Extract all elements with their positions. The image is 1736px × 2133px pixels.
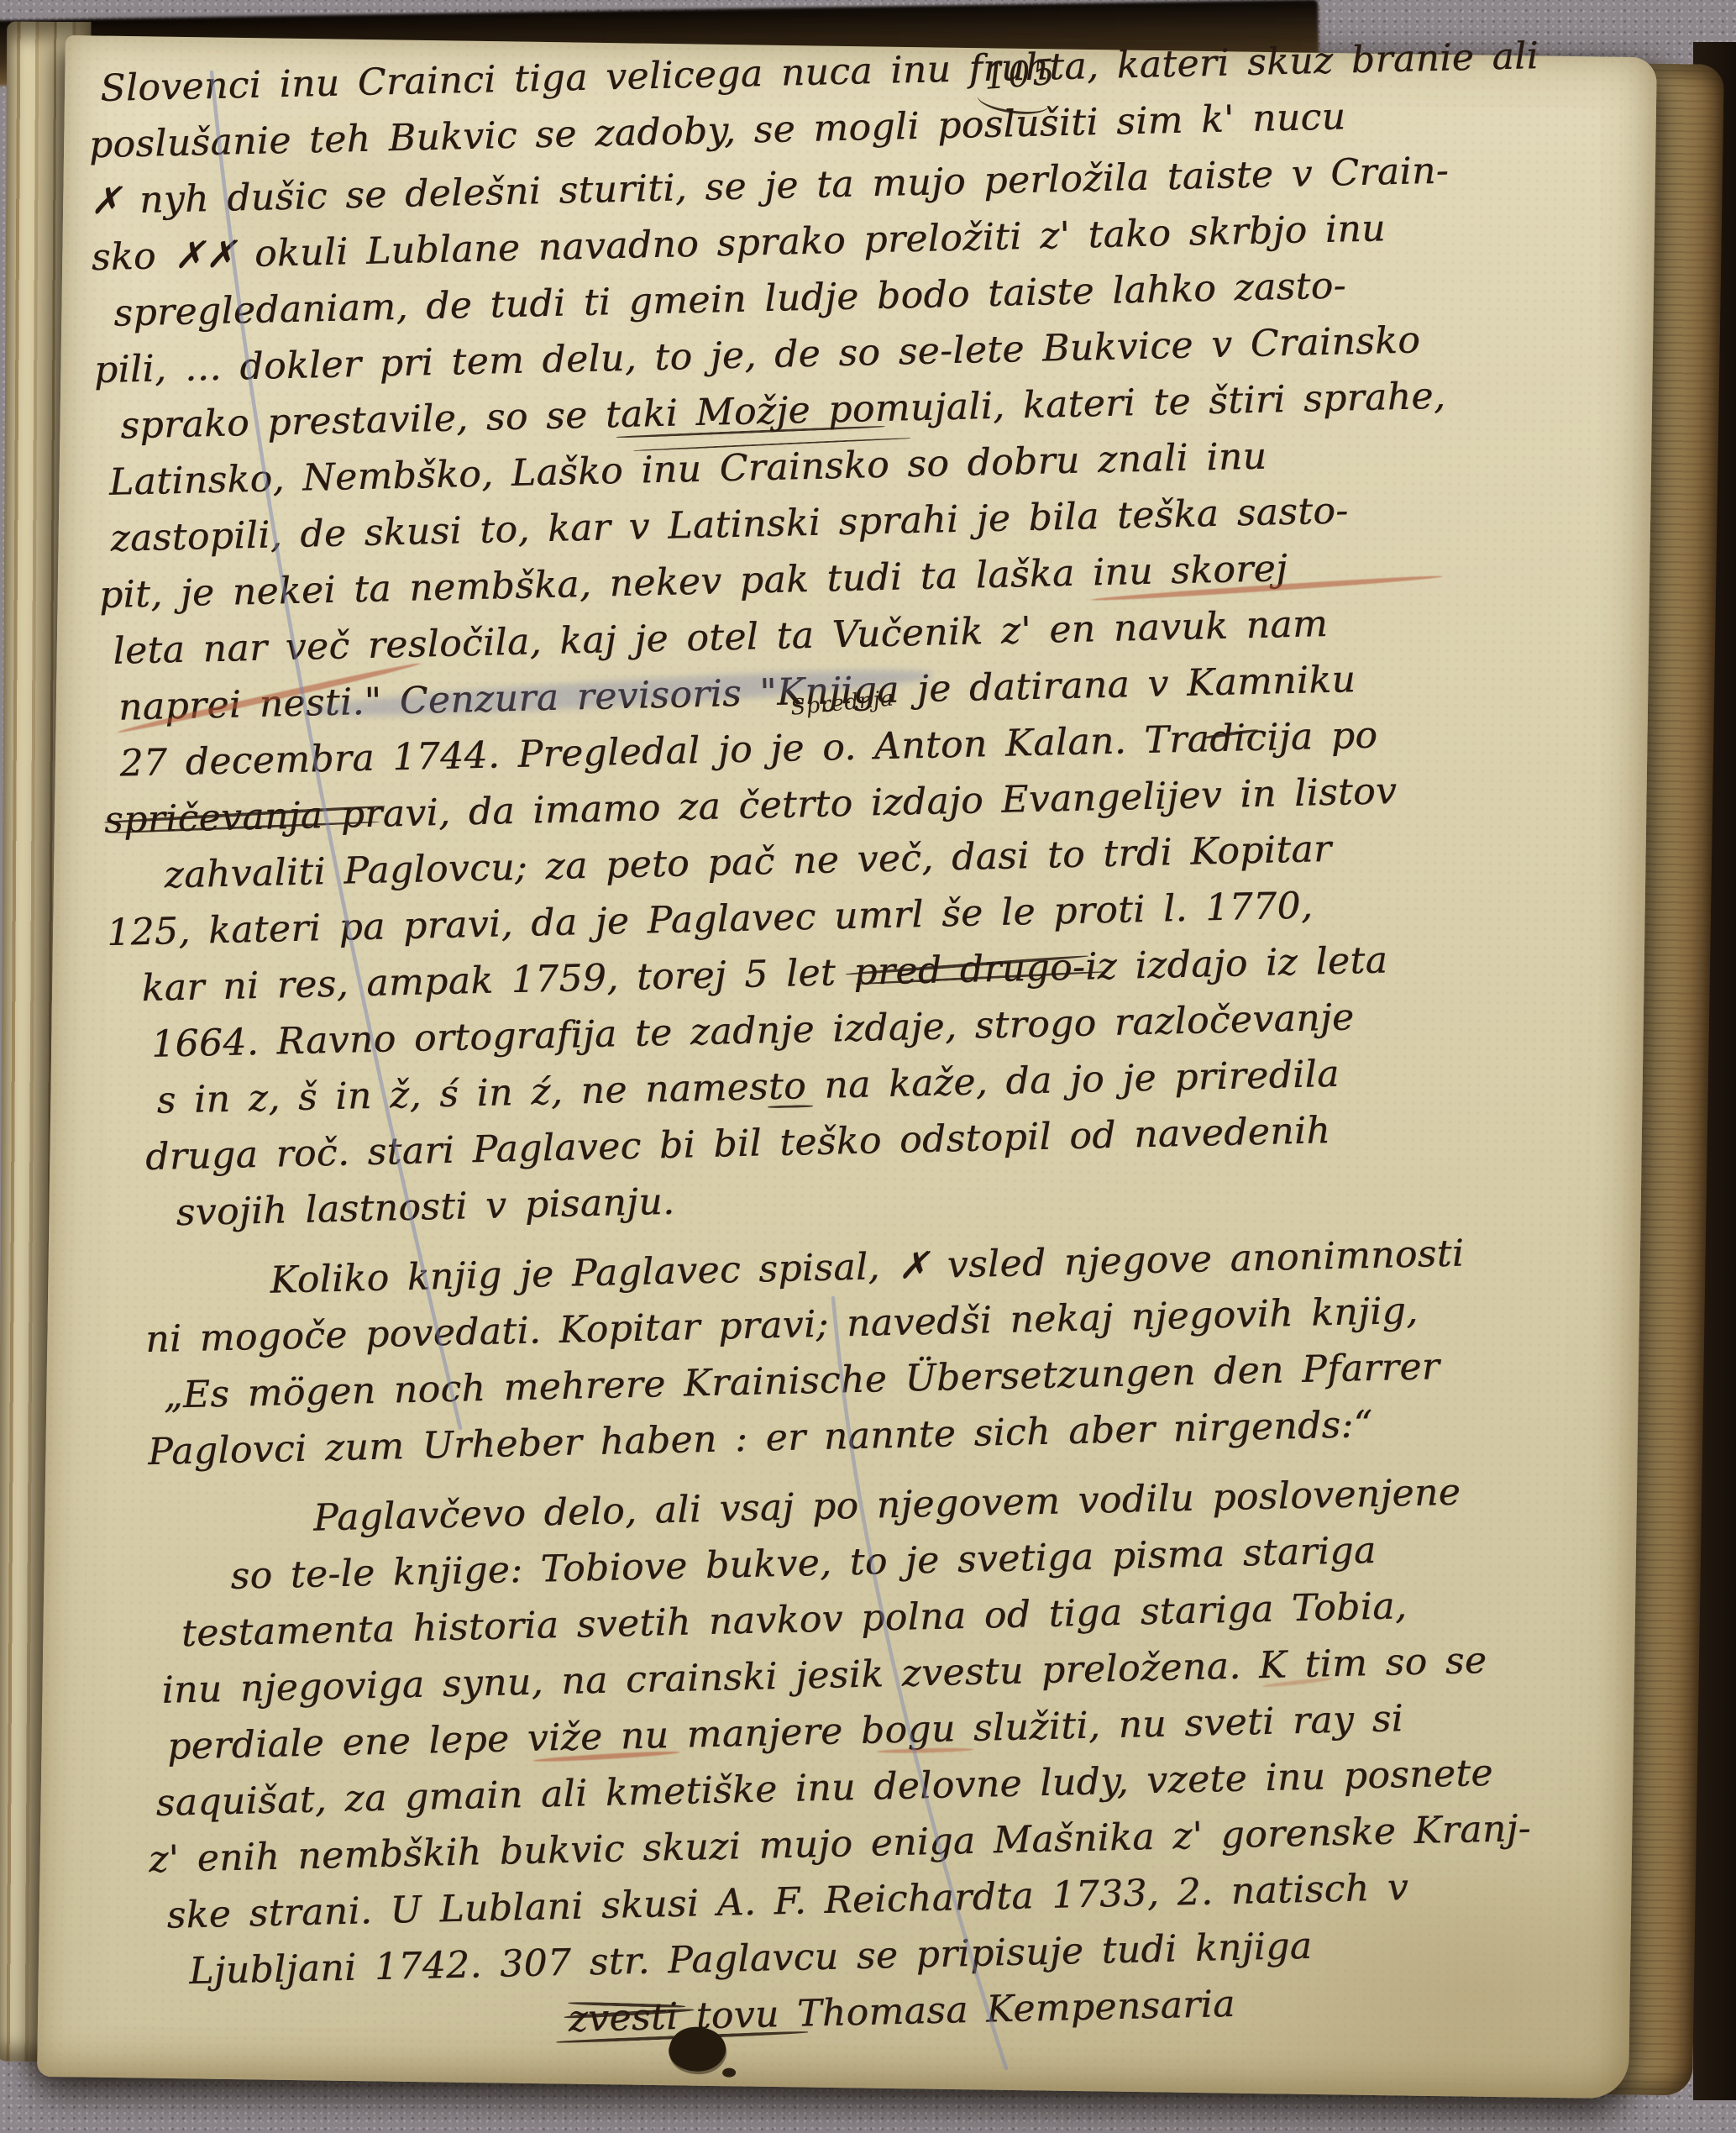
- ink-blot-drip: [722, 2067, 736, 2077]
- handwriting-block: Slovenci inu Crainci tiga velicega nuca …: [87, 27, 1635, 2057]
- manuscript-page: 105 Slovenci inu Crainci tiga velicega n…: [37, 35, 1657, 2099]
- photo-of-manuscript: 105 Slovenci inu Crainci tiga velicega n…: [0, 0, 1736, 2133]
